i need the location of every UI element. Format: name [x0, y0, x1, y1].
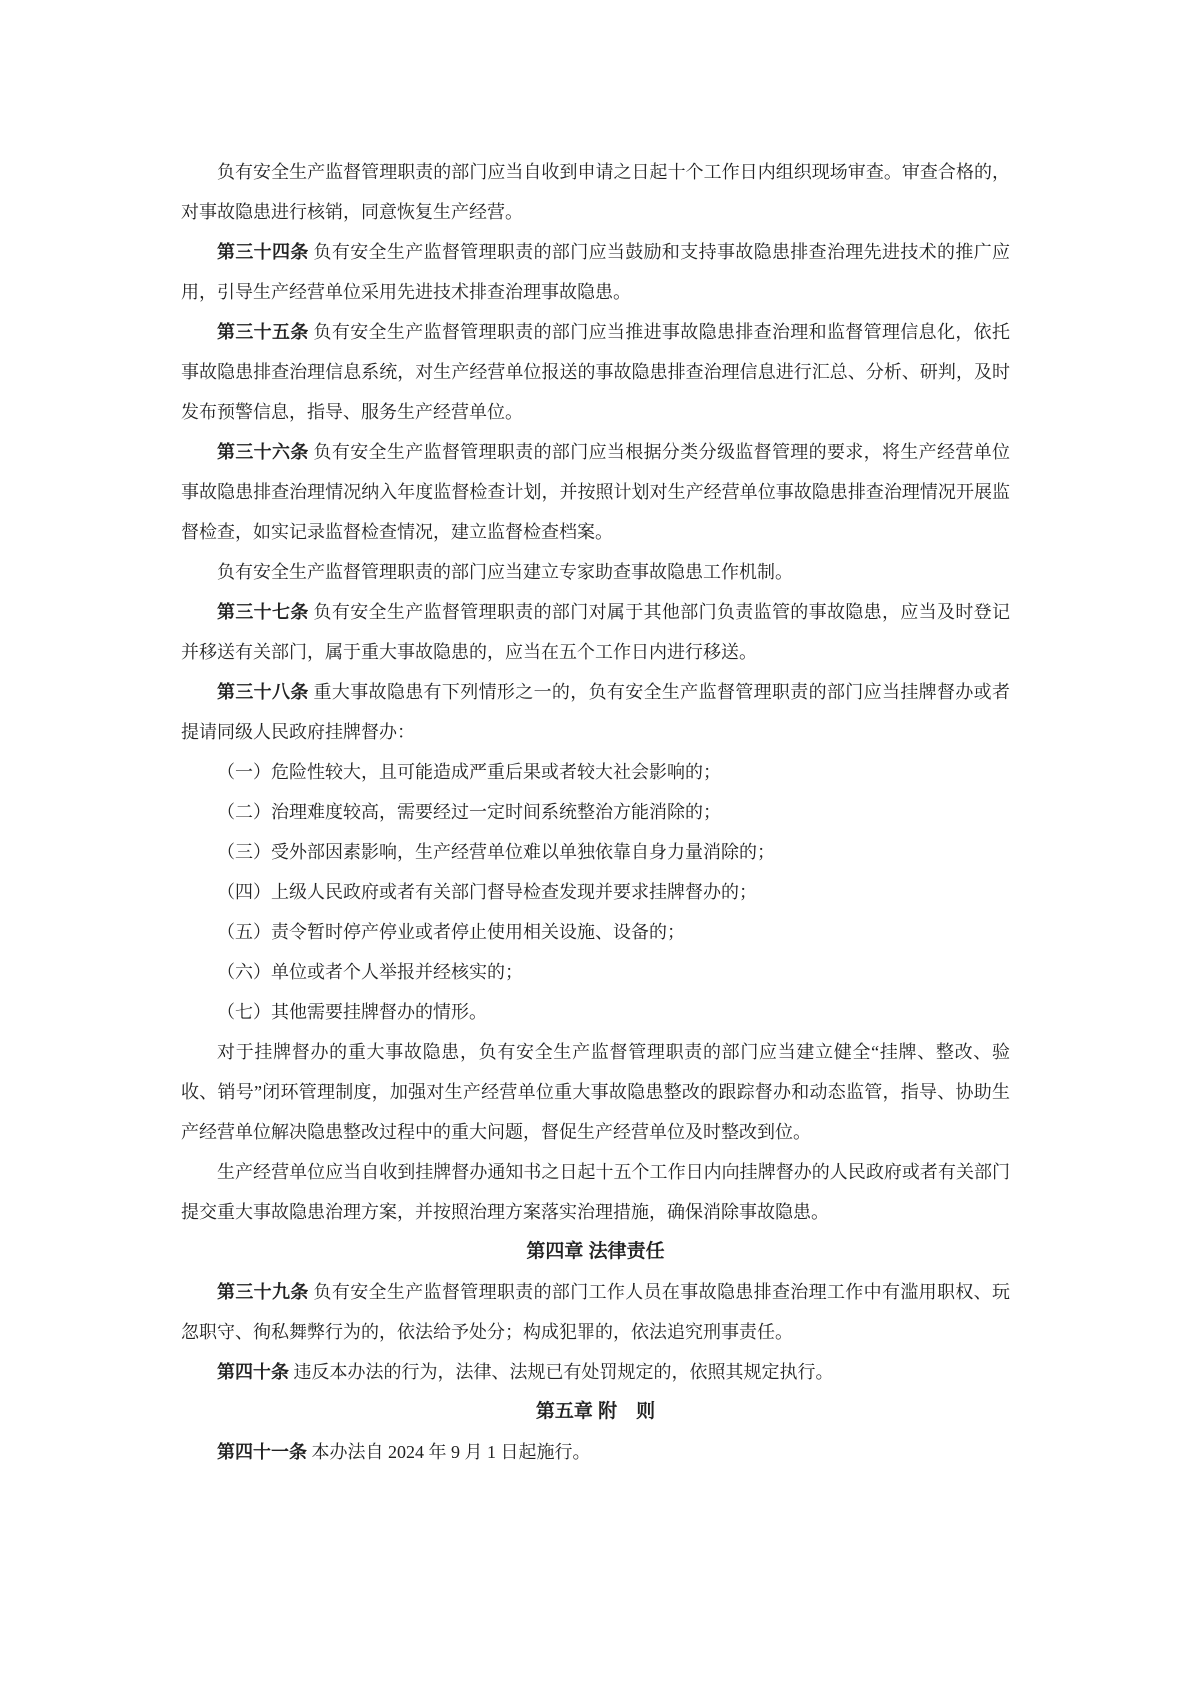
paragraph-text: （五）责令暂时停产停业或者停止使用相关设施、设备的； [217, 922, 685, 942]
paragraph: 第三十九条 负有安全生产监督管理职责的部门工作人员在事故隐患排查治理工作中有滥用… [181, 1272, 1010, 1352]
article-number: 第四十一条 [217, 1442, 307, 1462]
paragraph: 第四十一条 本办法自 2024 年 9 月 1 日起施行。 [181, 1432, 1010, 1472]
article-number: 第三十六条 [217, 442, 309, 462]
paragraph: （三）受外部因素影响，生产经营单位难以单独依靠自身力量消除的； [181, 832, 1010, 872]
article-number: 第三十九条 [217, 1282, 309, 1302]
chapter-heading: 第四章 法律责任 [181, 1232, 1010, 1272]
paragraph: 第三十五条 负有安全生产监督管理职责的部门应当推进事故隐患排查治理和监督管理信息… [181, 312, 1010, 432]
paragraph: （一）危险性较大，且可能造成严重后果或者较大社会影响的； [181, 752, 1010, 792]
paragraph: （四）上级人民政府或者有关部门督导检查发现并要求挂牌督办的； [181, 872, 1010, 912]
paragraph: （五）责令暂时停产停业或者停止使用相关设施、设备的； [181, 912, 1010, 952]
paragraph: 第三十八条 重大事故隐患有下列情形之一的，负有安全生产监督管理职责的部门应当挂牌… [181, 672, 1010, 752]
paragraph: 第四十条 违反本办法的行为，法律、法规已有处罚规定的，依照其规定执行。 [181, 1352, 1010, 1392]
paragraph-text: （一）危险性较大，且可能造成严重后果或者较大社会影响的； [217, 762, 721, 782]
paragraph: 负有安全生产监督管理职责的部门应当自收到申请之日起十个工作日内组织现场审查。审查… [181, 152, 1010, 232]
chapter-heading-text: 第四章 法律责任 [526, 1241, 664, 1262]
article-number: 第四十条 [217, 1362, 289, 1382]
paragraph-text: （六）单位或者个人举报并经核实的； [217, 962, 523, 982]
paragraph: 负有安全生产监督管理职责的部门应当建立专家助查事故隐患工作机制。 [181, 552, 1010, 592]
article-number: 第三十五条 [217, 322, 309, 342]
article-number: 第三十七条 [217, 602, 309, 622]
article-number: 第三十八条 [217, 682, 309, 702]
document-page: 负有安全生产监督管理职责的部门应当自收到申请之日起十个工作日内组织现场审查。审查… [0, 0, 1190, 1683]
paragraph: 对于挂牌督办的重大事故隐患，负有安全生产监督管理职责的部门应当建立健全“挂牌、整… [181, 1032, 1010, 1152]
paragraph-text: 对于挂牌督办的重大事故隐患，负有安全生产监督管理职责的部门应当建立健全“挂牌、整… [181, 1042, 1010, 1142]
paragraph: （六）单位或者个人举报并经核实的； [181, 952, 1010, 992]
paragraph-text: （二）治理难度较高，需要经过一定时间系统整治方能消除的； [217, 802, 721, 822]
paragraph: （二）治理难度较高，需要经过一定时间系统整治方能消除的； [181, 792, 1010, 832]
paragraph-text: 违反本办法的行为，法律、法规已有处罚规定的，依照其规定执行。 [294, 1362, 834, 1382]
paragraph: 第三十四条 负有安全生产监督管理职责的部门应当鼓励和支持事故隐患排查治理先进技术… [181, 232, 1010, 312]
paragraph: 生产经营单位应当自收到挂牌督办通知书之日起十五个工作日内向挂牌督办的人民政府或者… [181, 1152, 1010, 1232]
paragraph-text: 生产经营单位应当自收到挂牌督办通知书之日起十五个工作日内向挂牌督办的人民政府或者… [181, 1162, 1010, 1222]
paragraph-text: （七）其他需要挂牌督办的情形。 [217, 1002, 487, 1022]
chapter-heading: 第五章 附 则 [181, 1392, 1010, 1432]
paragraph-text: 负有安全生产监督管理职责的部门应当建立专家助查事故隐患工作机制。 [217, 562, 793, 582]
article-number: 第三十四条 [217, 242, 309, 262]
paragraph: 第三十六条 负有安全生产监督管理职责的部门应当根据分类分级监督管理的要求，将生产… [181, 432, 1010, 552]
paragraph: 第三十七条 负有安全生产监督管理职责的部门对属于其他部门负责监管的事故隐患，应当… [181, 592, 1010, 672]
paragraph-text: （三）受外部因素影响，生产经营单位难以单独依靠自身力量消除的； [217, 842, 775, 862]
paragraph-text: 负有安全生产监督管理职责的部门应当自收到申请之日起十个工作日内组织现场审查。审查… [181, 162, 1010, 222]
paragraph-text: （四）上级人民政府或者有关部门督导检查发现并要求挂牌督办的； [217, 882, 757, 902]
paragraph: （七）其他需要挂牌督办的情形。 [181, 992, 1010, 1032]
paragraph-text: 本办法自 2024 年 9 月 1 日起施行。 [312, 1442, 591, 1462]
chapter-heading-text: 第五章 附 则 [536, 1401, 655, 1422]
document-body: 负有安全生产监督管理职责的部门应当自收到申请之日起十个工作日内组织现场审查。审查… [0, 0, 1190, 1472]
